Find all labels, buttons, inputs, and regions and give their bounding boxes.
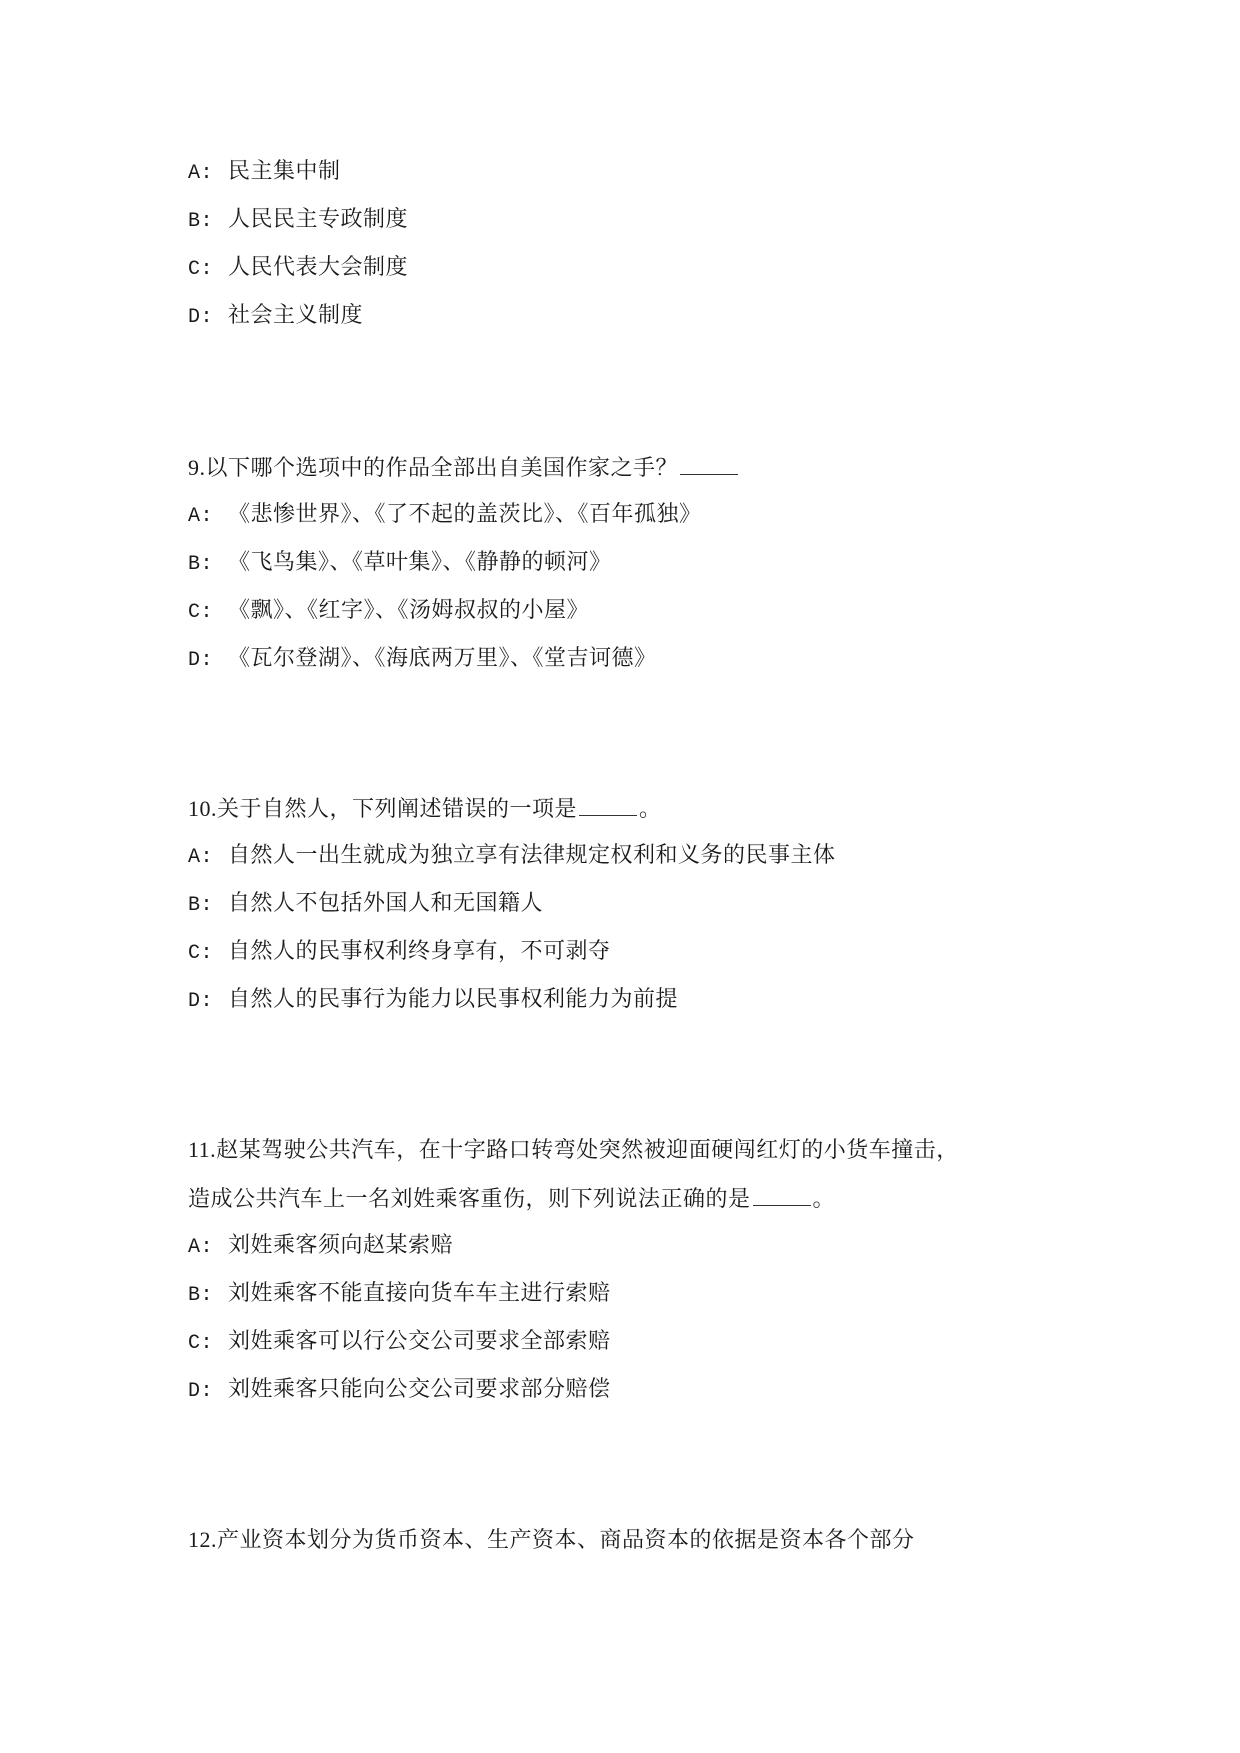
option-text: 民主集中制 <box>228 159 341 184</box>
q11-stem-line2: 造成公共汽车上一名刘姓乘客重伤，则下列说法正确的是。 <box>188 1183 835 1213</box>
q9-option-b: B:《飞鸟集》、《草叶集》、《静静的顿河》 <box>188 548 612 578</box>
q11-option-a: A:刘姓乘客须向赵某索赔 <box>188 1231 453 1261</box>
q11-option-d: D:刘姓乘客只能向公交公司要求部分赔偿 <box>188 1375 611 1405</box>
question-text: 以下哪个选项中的作品全部出自美国作家之手？ <box>206 456 679 481</box>
option-text: 《悲惨世界》、《了不起的盖茨比》、《百年孤独》 <box>228 502 702 527</box>
question-text: 赵某驾驶公共汽车，在十字路口转弯处突然被迎面硬闯红灯的小货车撞击， <box>216 1138 959 1163</box>
option-text: 自然人的民事行为能力以民事权利能力为前提 <box>228 987 678 1012</box>
option-label: D: <box>188 646 228 676</box>
option-label: A: <box>188 502 228 532</box>
option-label: A: <box>188 843 228 873</box>
option-label: B: <box>188 891 228 921</box>
option-label: D: <box>188 303 228 333</box>
option-label: B: <box>188 1281 228 1311</box>
option-label: C: <box>188 598 228 628</box>
option-text: 《飞鸟集》、《草叶集》、《静静的顿河》 <box>228 550 612 575</box>
option-label: B: <box>188 550 228 580</box>
question-end-punct: 。 <box>813 1187 836 1212</box>
q8-option-a: A:民主集中制 <box>188 157 341 187</box>
option-text: 社会主义制度 <box>228 303 363 328</box>
q9-stem: 9.以下哪个选项中的作品全部出自美国作家之手？ <box>188 452 740 482</box>
option-label: D: <box>188 987 228 1017</box>
option-text: 自然人的民事权利终身享有，不可剥夺 <box>228 939 611 964</box>
option-label: B: <box>188 207 228 237</box>
q11-stem-line1: 11.赵某驾驶公共汽车，在十字路口转弯处突然被迎面硬闯红灯的小货车撞击， <box>188 1135 959 1165</box>
option-label: C: <box>188 255 228 285</box>
q11-option-c: C:刘姓乘客可以行公交公司要求全部索赔 <box>188 1327 611 1357</box>
question-text: 造成公共汽车上一名刘姓乘客重伤，则下列说法正确的是 <box>188 1187 751 1212</box>
q8-option-d: D:社会主义制度 <box>188 301 363 331</box>
q11-option-b: B:刘姓乘客不能直接向货车车主进行索赔 <box>188 1279 611 1309</box>
option-text: 刘姓乘客须向赵某索赔 <box>228 1233 453 1258</box>
option-text: 人民民主专政制度 <box>228 207 408 232</box>
question-text: 关于自然人，下列阐述错误的一项是 <box>217 797 577 822</box>
q9-option-c: C:《飘》、《红字》、《汤姆叔叔的小屋》 <box>188 596 589 626</box>
answer-blank <box>680 452 738 475</box>
option-label: C: <box>188 1329 228 1359</box>
question-number: 10. <box>188 796 217 821</box>
option-text: 人民代表大会制度 <box>228 255 408 280</box>
option-text: 刘姓乘客可以行公交公司要求全部索赔 <box>228 1329 611 1354</box>
option-text: 《飘》、《红字》、《汤姆叔叔的小屋》 <box>228 598 589 623</box>
option-text: 自然人一出生就成为独立享有法律规定权利和义务的民事主体 <box>228 843 836 868</box>
document-page: A:民主集中制 B:人民民主专政制度 C:人民代表大会制度 D:社会主义制度 9… <box>0 0 1240 1753</box>
option-text: 刘姓乘客只能向公交公司要求部分赔偿 <box>228 1377 611 1402</box>
q10-option-b: B:自然人不包括外国人和无国籍人 <box>188 889 543 919</box>
question-number: 12. <box>188 1527 217 1552</box>
answer-blank <box>753 1183 811 1206</box>
option-text: 自然人不包括外国人和无国籍人 <box>228 891 543 916</box>
option-label: A: <box>188 159 228 189</box>
q10-stem: 10.关于自然人，下列阐述错误的一项是。 <box>188 793 662 823</box>
q9-option-d: D:《瓦尔登湖》、《海底两万里》、《堂吉诃德》 <box>188 644 657 674</box>
q8-option-b: B:人民民主专政制度 <box>188 205 408 235</box>
q10-option-d: D:自然人的民事行为能力以民事权利能力为前提 <box>188 985 678 1015</box>
question-end-punct: 。 <box>639 797 662 822</box>
q10-option-a: A:自然人一出生就成为独立享有法律规定权利和义务的民事主体 <box>188 841 836 871</box>
question-number: 11. <box>188 1137 216 1162</box>
answer-blank <box>579 793 637 816</box>
option-label: A: <box>188 1233 228 1263</box>
q9-option-a: A:《悲惨世界》、《了不起的盖茨比》、《百年孤独》 <box>188 500 702 530</box>
option-text: 《瓦尔登湖》、《海底两万里》、《堂吉诃德》 <box>228 646 657 671</box>
q12-stem: 12.产业资本划分为货币资本、生产资本、商品资本的依据是资本各个部分 <box>188 1525 915 1555</box>
q10-option-c: C:自然人的民事权利终身享有，不可剥夺 <box>188 937 611 967</box>
question-text: 产业资本划分为货币资本、生产资本、商品资本的依据是资本各个部分 <box>217 1528 915 1553</box>
option-label: D: <box>188 1377 228 1407</box>
question-number: 9. <box>188 455 206 480</box>
q8-option-c: C:人民代表大会制度 <box>188 253 408 283</box>
option-text: 刘姓乘客不能直接向货车车主进行索赔 <box>228 1281 611 1306</box>
option-label: C: <box>188 939 228 969</box>
